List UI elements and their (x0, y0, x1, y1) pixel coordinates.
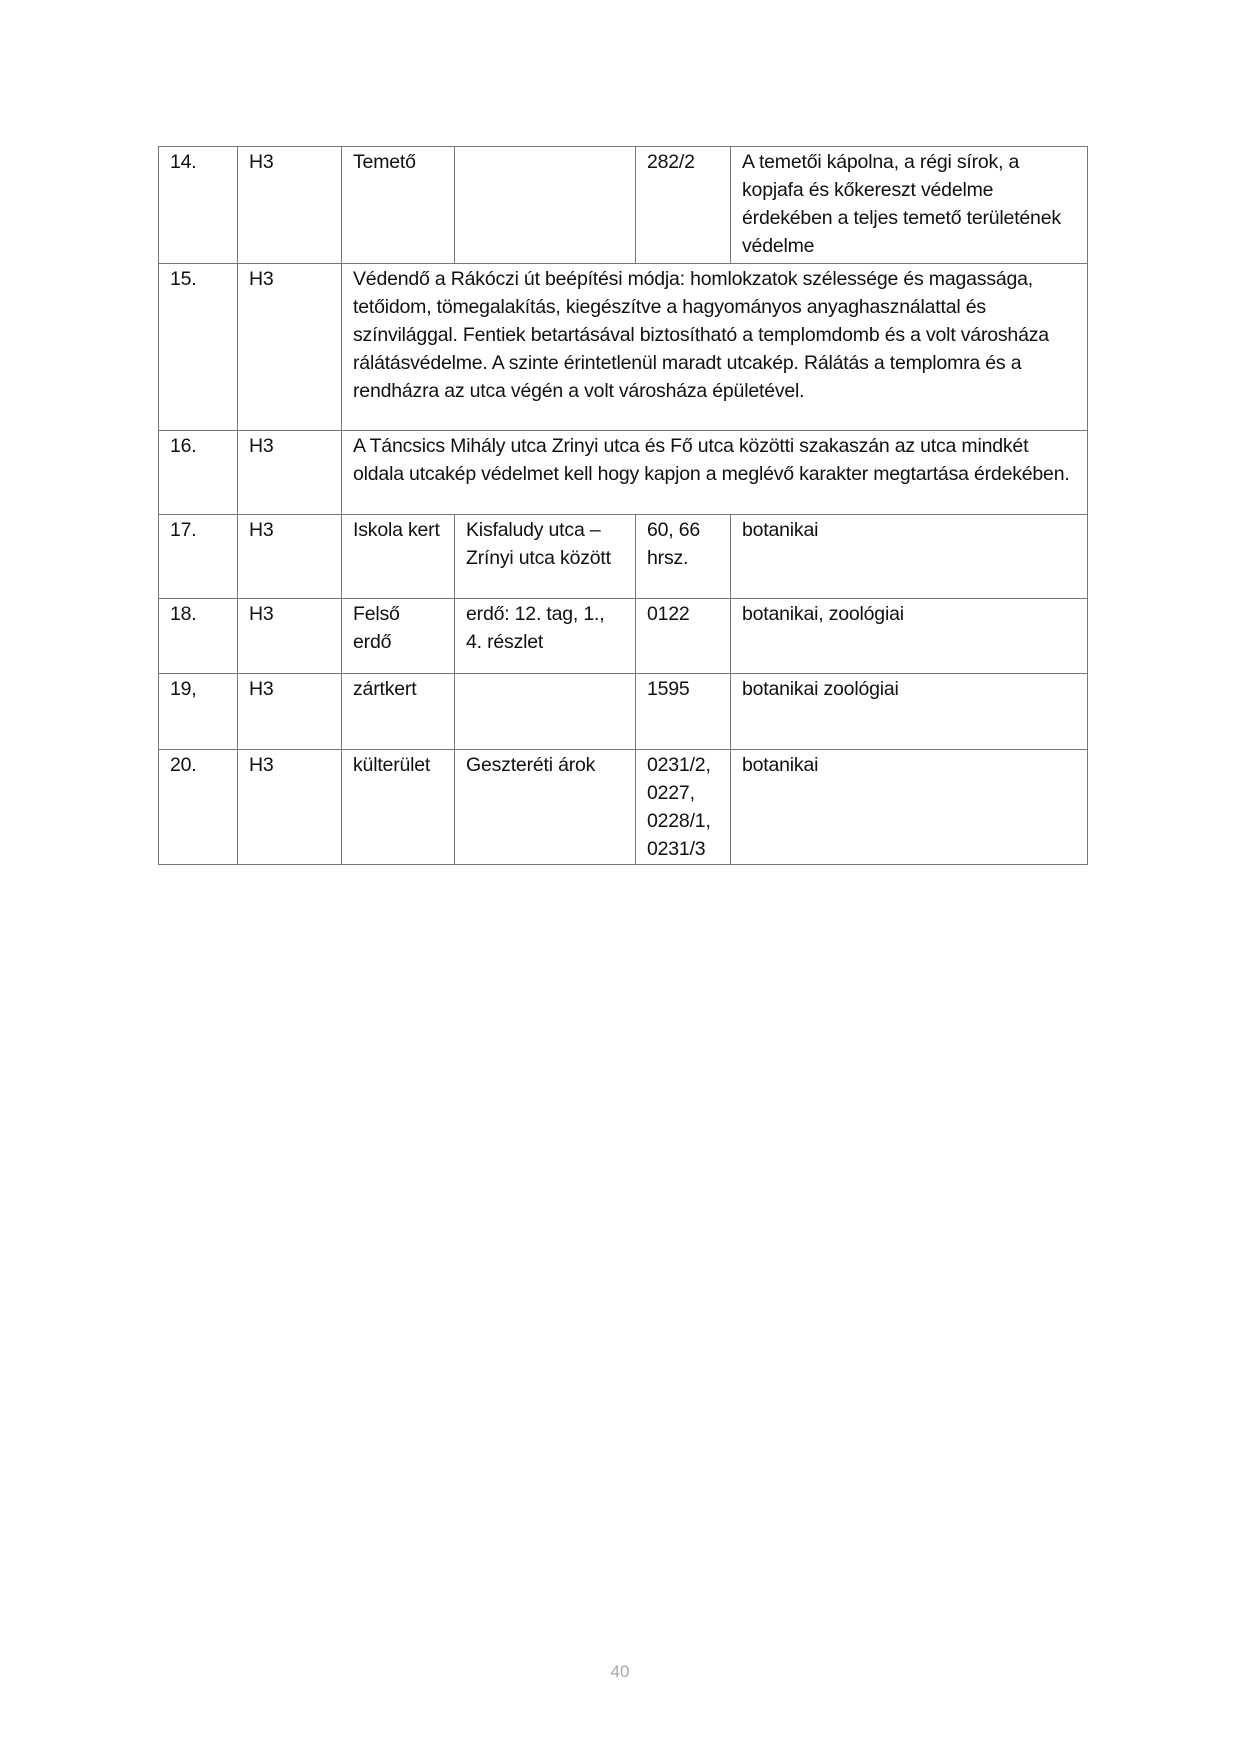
row-number: 16. (159, 431, 238, 515)
row-description: botanikai (731, 515, 1088, 599)
row-description: botanikai (731, 750, 1088, 865)
row-description: A temetői kápolna, a régi sírok, a kopja… (731, 147, 1088, 264)
row-name: zártkert (342, 674, 455, 750)
row-description: botanikai, zoológiai (731, 599, 1088, 674)
row-number: 20. (159, 750, 238, 865)
row-location: erdő: 12. tag, 1., 4. részlet (455, 599, 636, 674)
row-category: H3 (238, 599, 342, 674)
row-number: 19, (159, 674, 238, 750)
row-number: 15. (159, 264, 238, 431)
page-number: 40 (0, 1662, 1240, 1682)
table-row: 17. H3 Iskola kert Kisfaludy utca – Zrín… (159, 515, 1088, 599)
row-category: H3 (238, 147, 342, 264)
row-parcel: 60, 66 hrsz. (636, 515, 731, 599)
table-row: 18. H3 Felső erdő erdő: 12. tag, 1., 4. … (159, 599, 1088, 674)
row-number: 17. (159, 515, 238, 599)
row-location: Kisfaludy utca – Zrínyi utca között (455, 515, 636, 599)
row-number: 18. (159, 599, 238, 674)
table-row: 14. H3 Temető 282/2 A temetői kápolna, a… (159, 147, 1088, 264)
row-description: botanikai zoológiai (731, 674, 1088, 750)
row-name: Felső erdő (342, 599, 455, 674)
table-row: 19, H3 zártkert 1595 botanikai zoológiai (159, 674, 1088, 750)
row-number: 14. (159, 147, 238, 264)
row-merged-description: A Táncsics Mihály utca Zrinyi utca és Fő… (342, 431, 1088, 515)
row-parcel: 282/2 (636, 147, 731, 264)
row-category: H3 (238, 431, 342, 515)
document-page: 14. H3 Temető 282/2 A temetői kápolna, a… (0, 0, 1240, 1753)
row-name: Temető (342, 147, 455, 264)
table-row: 16. H3 A Táncsics Mihály utca Zrinyi utc… (159, 431, 1088, 515)
row-parcel: 1595 (636, 674, 731, 750)
row-name: Iskola kert (342, 515, 455, 599)
row-category: H3 (238, 515, 342, 599)
row-parcel: 0231/2, 0227, 0228/1, 0231/3 (636, 750, 731, 865)
protected-areas-table: 14. H3 Temető 282/2 A temetői kápolna, a… (158, 146, 1088, 865)
row-parcel: 0122 (636, 599, 731, 674)
row-location (455, 674, 636, 750)
row-location: Geszteréti árok (455, 750, 636, 865)
row-category: H3 (238, 264, 342, 431)
row-name: külterület (342, 750, 455, 865)
row-location (455, 147, 636, 264)
table-row: 20. H3 külterület Geszteréti árok 0231/2… (159, 750, 1088, 865)
row-category: H3 (238, 750, 342, 865)
row-merged-description: Védendő a Rákóczi út beépítési módja: ho… (342, 264, 1088, 431)
row-category: H3 (238, 674, 342, 750)
table-row: 15. H3 Védendő a Rákóczi út beépítési mó… (159, 264, 1088, 431)
